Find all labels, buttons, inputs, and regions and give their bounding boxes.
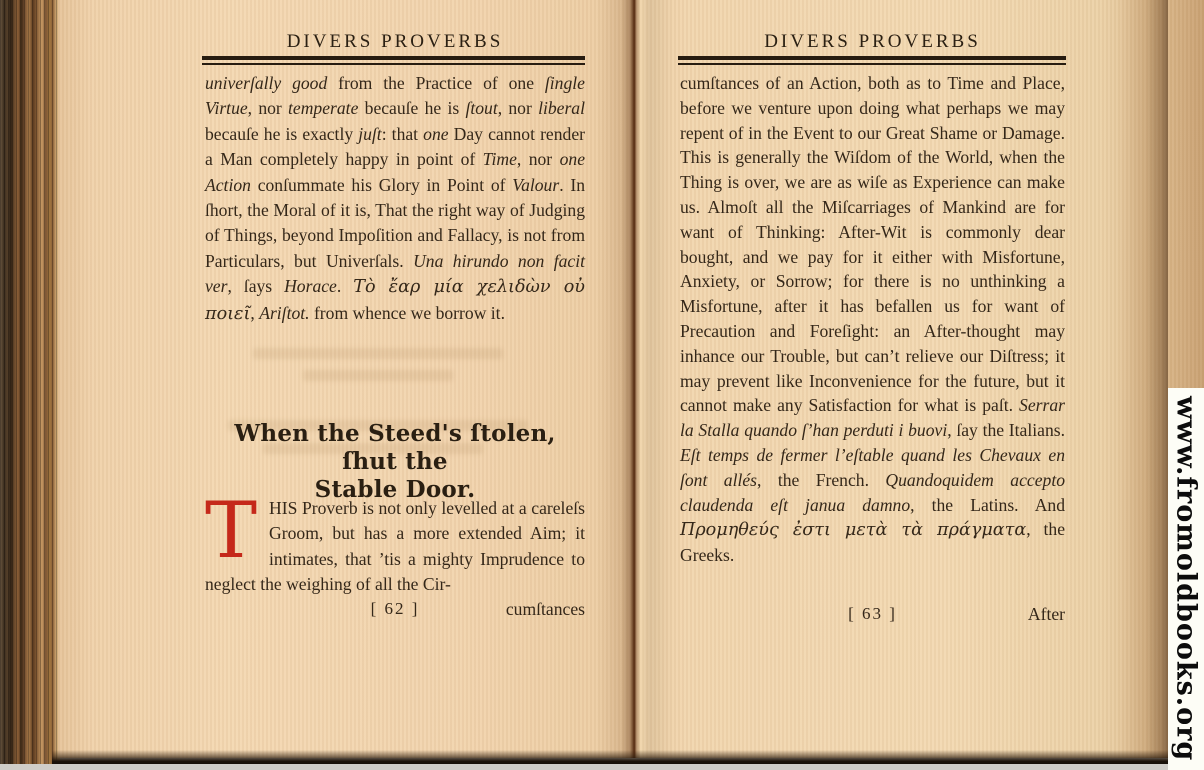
drop-cap: T	[205, 500, 257, 562]
proverb-heading-line1: When the Steed's ſtolen, ſhut the	[205, 420, 585, 476]
page-number-right: [ 63 ]	[680, 604, 1065, 624]
page-right: DIVERS PROVERBS cumſtances of an Action,…	[630, 0, 1204, 758]
body-text-right: cumſtances of an Action, both as to Time…	[680, 71, 1065, 568]
head-rule-left	[202, 56, 585, 65]
running-head-right: DIVERS PROVERBS	[680, 31, 1065, 53]
show-through-ghost	[253, 348, 503, 359]
second-paragraph: THIS Proverb is not only levelled at a c…	[205, 496, 585, 598]
running-head-left: DIVERS PROVERBS	[205, 31, 585, 53]
body-text-left: univerſally good from the Practice of on…	[205, 71, 585, 327]
footer-left: [ 62 ] cumſtances	[205, 599, 585, 623]
book-bottom-edge	[52, 750, 1170, 764]
book-scan: DIVERS PROVERBS univerſally good from th…	[0, 0, 1204, 770]
proverb-heading: When the Steed's ſtolen, ſhut the Stable…	[205, 420, 585, 504]
watermark-strip: www.fromoldbooks.org	[1168, 388, 1204, 770]
scan-background-strip	[0, 764, 1204, 770]
watermark-text: www.fromoldbooks.org	[1171, 396, 1202, 761]
page-left: DIVERS PROVERBS univerſally good from th…	[58, 0, 630, 758]
footer-right: [ 63 ] After	[680, 604, 1065, 628]
page-edges-left	[0, 0, 60, 764]
show-through-ghost	[303, 370, 453, 381]
catchword-left: cumſtances	[506, 599, 585, 620]
second-paragraph-text: HIS Proverb is not only levelled at a ca…	[205, 498, 585, 594]
head-rule-right	[678, 56, 1066, 65]
catchword-right: After	[1028, 604, 1065, 625]
